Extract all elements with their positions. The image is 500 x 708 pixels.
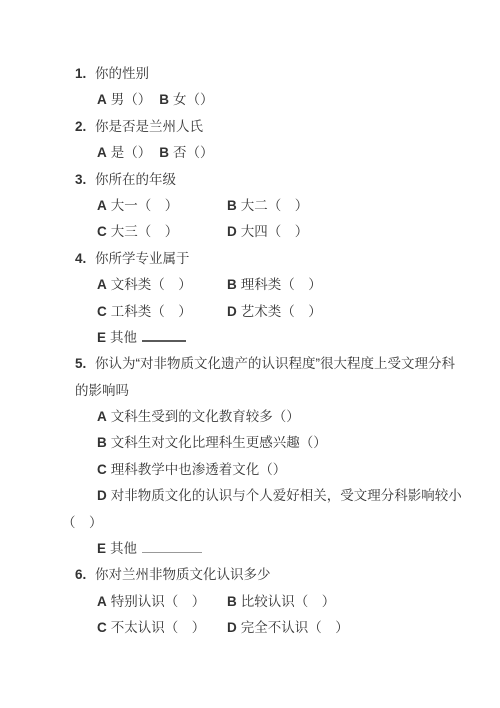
answer-parens: （ ）	[62, 515, 103, 530]
option-a: A文科类（ ）	[97, 272, 227, 298]
option-a: A男（）	[97, 92, 151, 107]
option-text: 特别认识（ ）	[111, 594, 206, 609]
question-text: 你认为“对非物质文化遗产的认识程度”很大程度上受文理分科	[95, 356, 455, 371]
question-text: 你是否是兰州人氏	[95, 119, 203, 134]
option-text: 文科生对文化比理科生更感兴趣（）	[111, 435, 327, 450]
option-a: A是（）	[97, 145, 151, 160]
question-text: 你所在的年级	[95, 172, 176, 187]
question-number: 6.	[75, 562, 95, 588]
question-4-title: 4.你所学专业属于	[75, 246, 440, 272]
question-number: 1.	[75, 61, 95, 87]
option-letter: B	[159, 145, 169, 160]
option-text: 理科教学中也渗透着文化（）	[111, 462, 287, 477]
question-number: 4.	[75, 246, 95, 272]
option-text: 对非物质文化的认识与个人爱好相关，受文理分科影响较小	[111, 488, 462, 503]
option-text: 其他	[110, 541, 137, 556]
question-5-option-c: C理科教学中也渗透着文化（）	[75, 457, 440, 483]
option-d: D完全不认识（ ）	[227, 615, 349, 641]
question-1-options: A男（）B女（）	[75, 87, 440, 113]
option-letter: D	[227, 304, 237, 319]
option-letter: B	[227, 594, 237, 609]
option-letter: A	[97, 409, 107, 424]
option-text: 艺术类（ ）	[241, 304, 322, 319]
option-letter: D	[227, 620, 237, 635]
question-2-options: A是（）B否（）	[75, 140, 440, 166]
option-a: A大一（ ）	[97, 193, 227, 219]
option-letter: B	[227, 198, 237, 213]
question-5-option-a: A文科生受到的文化教育较多（）	[75, 404, 440, 430]
question-6-options-row-2: C不太认识（ ）D完全不认识（ ）	[75, 615, 440, 641]
option-letter: C	[97, 224, 107, 239]
option-letter: C	[97, 304, 107, 319]
option-letter: D	[227, 224, 237, 239]
question-text-wrap: 的影响吗	[75, 383, 129, 398]
option-text: 女（）	[173, 92, 214, 107]
option-text: 大二（ ）	[241, 198, 309, 213]
question-1-title: 1.你的性别	[75, 61, 440, 87]
option-text: 比较认识（ ）	[241, 594, 336, 609]
question-text: 你对兰州非物质文化认识多少	[95, 567, 271, 582]
option-letter: A	[97, 277, 107, 292]
option-letter: C	[97, 462, 107, 477]
question-6-title: 6.你对兰州非物质文化认识多少	[75, 562, 440, 588]
option-letter: A	[97, 594, 107, 609]
option-d: D大四（ ）	[227, 219, 308, 245]
fill-in-blank-line	[142, 540, 202, 553]
option-letter: B	[159, 92, 169, 107]
question-4-option-other: E其他	[75, 325, 440, 351]
option-letter: E	[97, 330, 106, 345]
option-b: B大二（ ）	[227, 193, 308, 219]
question-6-options-row-1: A特别认识（ ）B比较认识（ ）	[75, 589, 440, 615]
option-letter: A	[97, 145, 107, 160]
option-text: 大三（ ）	[111, 224, 179, 239]
option-text: 文科生受到的文化教育较多（）	[111, 409, 300, 424]
option-text: 不太认识（ ）	[111, 620, 206, 635]
option-text: 完全不认识（ ）	[241, 620, 349, 635]
option-text: 男（）	[111, 92, 152, 107]
option-b: B女（）	[159, 92, 213, 107]
question-number: 2.	[75, 114, 95, 140]
question-3-options-row-1: A大一（ ）B大二（ ）	[75, 193, 440, 219]
option-text: 理科类（ ）	[241, 277, 322, 292]
option-b: B比较认识（ ）	[227, 589, 335, 615]
question-4-options-row-1: A文科类（ ）B理科类（ ）	[75, 272, 440, 298]
question-2-title: 2.你是否是兰州人氏	[75, 114, 440, 140]
option-b: B理科类（ ）	[227, 272, 322, 298]
option-c: C大三（ ）	[97, 219, 227, 245]
fill-in-blank-line	[142, 328, 186, 342]
option-c: C不太认识（ ）	[97, 615, 227, 641]
option-letter: B	[227, 277, 237, 292]
option-c: C工科类（ ）	[97, 299, 227, 325]
question-5-option-b: B文科生对文化比理科生更感兴趣（）	[75, 430, 440, 456]
option-letter: D	[97, 488, 107, 503]
question-number: 5.	[75, 351, 95, 377]
option-letter: A	[97, 92, 107, 107]
question-5-title-line-2: 的影响吗	[75, 378, 440, 404]
question-3-title: 3.你所在的年级	[75, 167, 440, 193]
option-d: D艺术类（ ）	[227, 299, 322, 325]
option-letter: E	[97, 541, 106, 556]
option-text: 是（）	[111, 145, 152, 160]
question-5-option-d: D对非物质文化的认识与个人爱好相关，受文理分科影响较小	[75, 483, 440, 509]
option-text: 大四（ ）	[241, 224, 309, 239]
question-5-option-d-parens: （ ）	[62, 510, 440, 536]
option-letter: A	[97, 198, 107, 213]
option-text: 否（）	[173, 145, 214, 160]
question-5-title-line-1: 5.你认为“对非物质文化遗产的认识程度”很大程度上受文理分科	[75, 351, 440, 377]
option-letter: B	[97, 435, 107, 450]
option-text: 大一（ ）	[111, 198, 179, 213]
question-text: 你所学专业属于	[95, 251, 190, 266]
question-3-options-row-2: C大三（ ）D大四（ ）	[75, 219, 440, 245]
option-a: A特别认识（ ）	[97, 589, 227, 615]
question-5-option-other: E其他	[75, 536, 440, 562]
option-b: B否（）	[159, 145, 213, 160]
questionnaire-page: 1.你的性别 A男（）B女（） 2.你是否是兰州人氏 A是（）B否（） 3.你所…	[0, 0, 500, 708]
option-text: 工科类（ ）	[111, 304, 192, 319]
question-number: 3.	[75, 167, 95, 193]
question-text: 你的性别	[95, 66, 149, 81]
option-letter: C	[97, 620, 107, 635]
question-4-options-row-2: C工科类（ ）D艺术类（ ）	[75, 299, 440, 325]
option-text: 文科类（ ）	[111, 277, 192, 292]
option-text: 其他	[110, 330, 137, 345]
